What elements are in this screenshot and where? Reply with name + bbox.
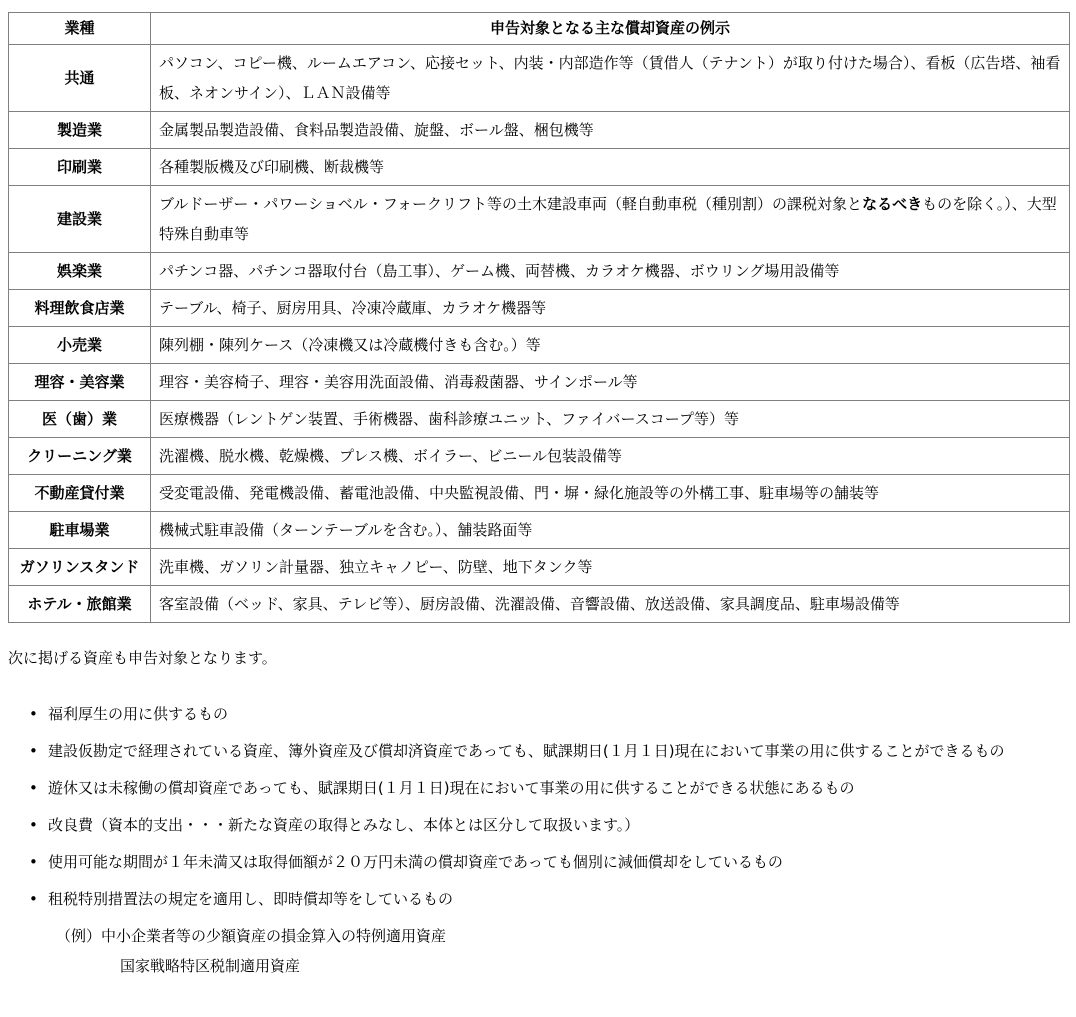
table-row: 不動産貸付業 受変電設備、発電機設備、蓄電池設備、中央監視設備、門・塀・緑化施設… [9, 475, 1070, 512]
examples-cell: テーブル、椅子、厨房用具、冷凍冷蔵庫、カラオケ機器等 [151, 290, 1070, 327]
notes-list: 福利厚生の用に供するもの 建設仮勘定で経理されている資産、簿外資産及び償却済資産… [8, 699, 1070, 914]
industry-cell: 建設業 [9, 186, 151, 253]
list-item: 改良費（資本的支出・・・新たな資産の取得とみなし、本体とは区分して取扱います。） [29, 810, 1070, 840]
examples-cell: 機械式駐車設備（ターンテーブルを含む。）、舗装路面等 [151, 512, 1070, 549]
industry-cell: 共通 [9, 45, 151, 112]
list-item: 租税特別措置法の規定を適用し、即時償却等をしているもの [29, 884, 1070, 914]
examples-cell: 客室設備（ベッド、家具、テレビ等）、厨房設備、洗濯設備、音響設備、放送設備、家具… [151, 586, 1070, 623]
table-row: 共通 パソコン、コピー機、ルームエアコン、応接セット、内装・内部造作等（賃借人（… [9, 45, 1070, 112]
examples-cell: 陳列棚・陳列ケース（冷凍機又は冷蔵機付きも含む。）等 [151, 327, 1070, 364]
table-row: ホテル・旅館業 客室設備（ベッド、家具、テレビ等）、厨房設備、洗濯設備、音響設備… [9, 586, 1070, 623]
industry-cell: 駐車場業 [9, 512, 151, 549]
examples-cell: 洗濯機、脱水機、乾燥機、プレス機、ボイラー、ビニール包装設備等 [151, 438, 1070, 475]
table-header-row: 業種 申告対象となる主な償却資産の例示 [9, 13, 1070, 45]
examples-cell: 洗車機、ガソリン計量器、独立キャノピー、防壁、地下タンク等 [151, 549, 1070, 586]
example-note-line: 国家戦略特区税制適用資産 [120, 951, 1070, 981]
table-row: 娯楽業 パチンコ器、パチンコ器取付台（島工事）、ゲーム機、両替機、カラオケ機器、… [9, 253, 1070, 290]
table-row: 料理飲食店業 テーブル、椅子、厨房用具、冷凍冷蔵庫、カラオケ機器等 [9, 290, 1070, 327]
examples-cell: 金属製品製造設備、食料品製造設備、旋盤、ボール盤、梱包機等 [151, 112, 1070, 149]
list-item: 使用可能な期間が１年未満又は取得価額が２０万円未満の償却資産であっても個別に減価… [29, 847, 1070, 877]
table-row: 小売業 陳列棚・陳列ケース（冷凍機又は冷蔵機付きも含む。）等 [9, 327, 1070, 364]
table-row: 印刷業 各種製版機及び印刷機、断裁機等 [9, 149, 1070, 186]
examples-cell: ブルドーザー・パワーショベル・フォークリフト等の土木建設車両（軽自動車税（種別割… [151, 186, 1070, 253]
industry-cell: 料理飲食店業 [9, 290, 151, 327]
table-row: 駐車場業 機械式駐車設備（ターンテーブルを含む。）、舗装路面等 [9, 512, 1070, 549]
example-note-line: （例）中小企業者等の少額資産の損金算入の特例適用資産 [56, 921, 1070, 951]
table-row: 医（歯）業 医療機器（レントゲン装置、手術機器、歯科診療ユニット、ファイバースコ… [9, 401, 1070, 438]
table-row: 製造業 金属製品製造設備、食料品製造設備、旋盤、ボール盤、梱包機等 [9, 112, 1070, 149]
list-item: 建設仮勘定で経理されている資産、簿外資産及び償却済資産であっても、賦課期日(１月… [29, 736, 1070, 766]
industry-cell: 不動産貸付業 [9, 475, 151, 512]
industry-cell: ガソリンスタンド [9, 549, 151, 586]
examples-text-bold: なるべき [862, 195, 922, 213]
list-item: 遊休又は未稼働の償却資産であっても、賦課期日(１月１日)現在において事業の用に供… [29, 773, 1070, 803]
intro-text: 次に掲げる資産も申告対象となります。 [8, 643, 1070, 673]
industry-cell: 理容・美容業 [9, 364, 151, 401]
col-header-examples: 申告対象となる主な償却資産の例示 [151, 13, 1070, 45]
examples-cell: 理容・美容椅子、理容・美容用洗面設備、消毒殺菌器、サインポール等 [151, 364, 1070, 401]
examples-cell: パソコン、コピー機、ルームエアコン、応接セット、内装・内部造作等（賃借人（テナン… [151, 45, 1070, 112]
table-row: クリーニング業 洗濯機、脱水機、乾燥機、プレス機、ボイラー、ビニール包装設備等 [9, 438, 1070, 475]
examples-cell: パチンコ器、パチンコ器取付台（島工事）、ゲーム機、両替機、カラオケ機器、ボウリン… [151, 253, 1070, 290]
table-row: 理容・美容業 理容・美容椅子、理容・美容用洗面設備、消毒殺菌器、サインポール等 [9, 364, 1070, 401]
list-item: 福利厚生の用に供するもの [29, 699, 1070, 729]
examples-cell: 各種製版機及び印刷機、断裁機等 [151, 149, 1070, 186]
examples-cell: 医療機器（レントゲン装置、手術機器、歯科診療ユニット、ファイバースコープ等）等 [151, 401, 1070, 438]
document-page: 業種 申告対象となる主な償却資産の例示 共通 パソコン、コピー機、ルームエアコン… [0, 0, 1076, 991]
table-row: ガソリンスタンド 洗車機、ガソリン計量器、独立キャノピー、防壁、地下タンク等 [9, 549, 1070, 586]
industry-cell: 医（歯）業 [9, 401, 151, 438]
industry-cell: 娯楽業 [9, 253, 151, 290]
examples-text-pre: ブルドーザー・パワーショベル・フォークリフト等の土木建設車両（軽自動車税（種別割… [159, 195, 862, 213]
asset-examples-table: 業種 申告対象となる主な償却資産の例示 共通 パソコン、コピー機、ルームエアコン… [8, 12, 1070, 623]
table-row: 建設業 ブルドーザー・パワーショベル・フォークリフト等の土木建設車両（軽自動車税… [9, 186, 1070, 253]
col-header-industry: 業種 [9, 13, 151, 45]
examples-cell: 受変電設備、発電機設備、蓄電池設備、中央監視設備、門・塀・緑化施設等の外構工事、… [151, 475, 1070, 512]
industry-cell: 製造業 [9, 112, 151, 149]
industry-cell: クリーニング業 [9, 438, 151, 475]
industry-cell: 印刷業 [9, 149, 151, 186]
industry-cell: ホテル・旅館業 [9, 586, 151, 623]
industry-cell: 小売業 [9, 327, 151, 364]
